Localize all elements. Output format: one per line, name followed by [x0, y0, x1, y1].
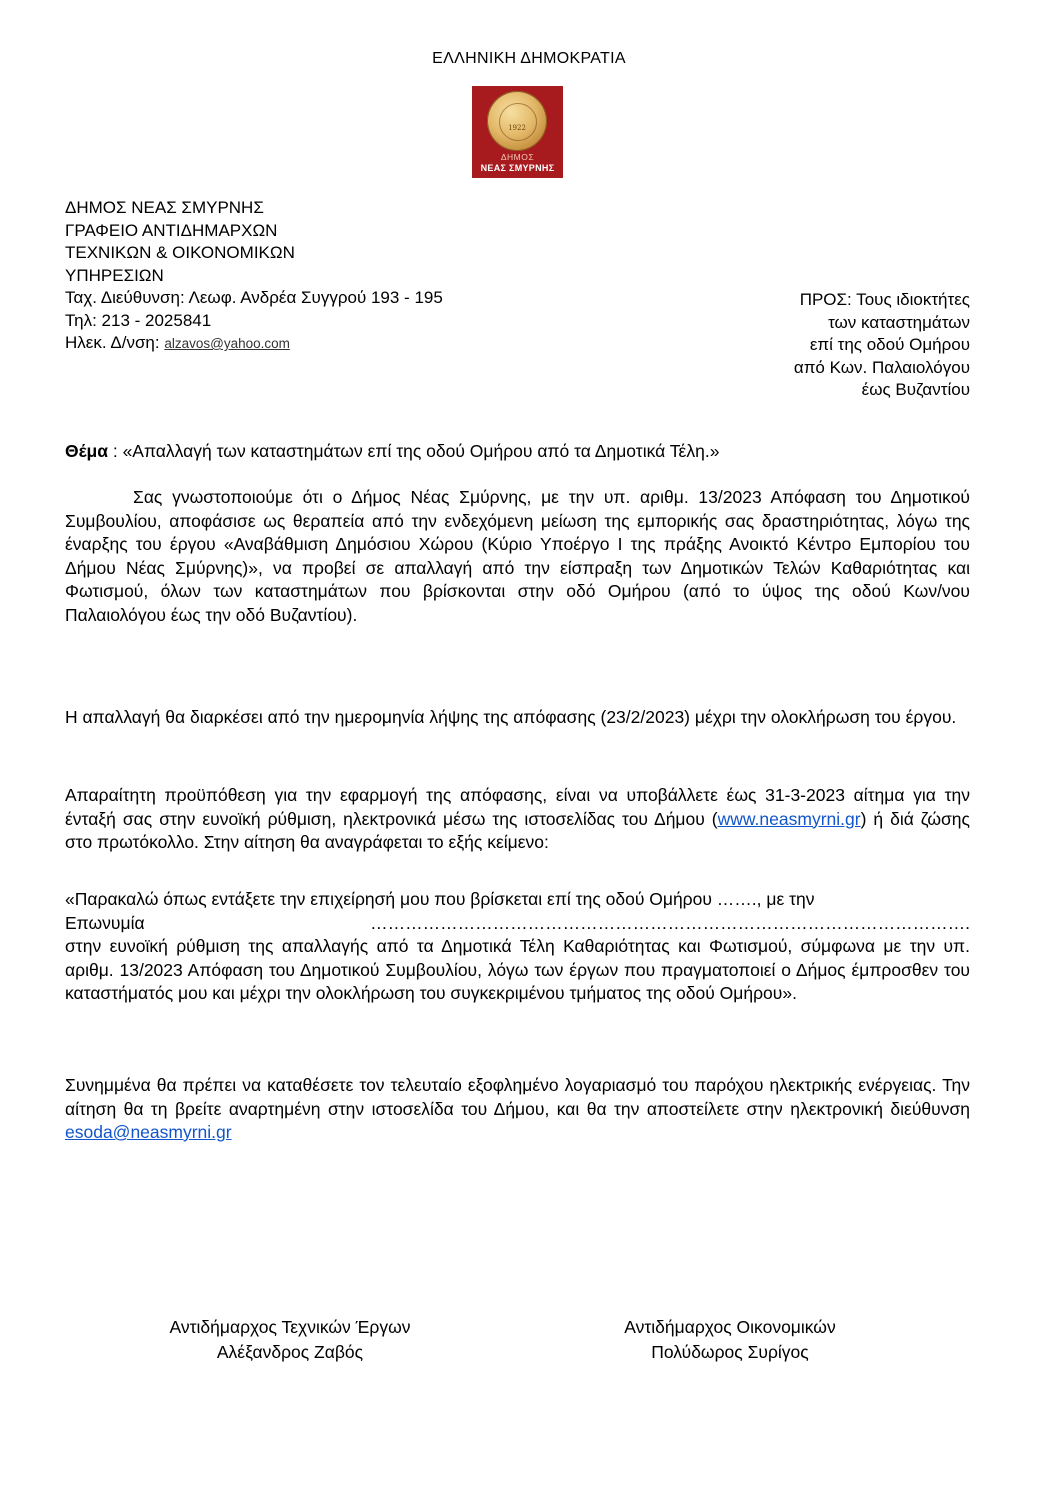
coin-emblem-icon: 1922 — [487, 91, 547, 151]
sender-line: ΥΠΗΡΕΣΙΩΝ — [65, 265, 443, 288]
signature-title: Αντιδήμαρχος Τεχνικών Έργων — [135, 1315, 445, 1340]
quote-line-1: «Παρακαλώ όπως εντάξετε την επιχείρησή μ… — [65, 888, 970, 912]
business-name-blank: …………………………………………………………………………………………. — [370, 912, 970, 936]
website-link[interactable]: www.neasmyrni.gr — [718, 809, 861, 829]
subject-label: Θέμα — [65, 441, 108, 461]
sender-email-label: Ηλεκ. Δ/νση: — [65, 333, 164, 352]
sender-line: ΔΗΜΟΣ ΝΕΑΣ ΣΜΥΡΝΗΣ — [65, 197, 443, 220]
sender-block: ΔΗΜΟΣ ΝΕΑΣ ΣΜΥΡΝΗΣ ΓΡΑΦΕΙΟ ΑΝΤΙΔΗΜΑΡΧΩΝ … — [65, 197, 443, 356]
signature-name: Πολύδωρος Συρίγος — [585, 1340, 875, 1365]
quote-line-2: Επωνυμία …………………………………………………………………………………… — [65, 912, 970, 936]
body-paragraph-2: Η απαλλαγή θα διαρκέσει από την ημερομην… — [65, 706, 970, 730]
sender-line: ΓΡΑΦΕΙΟ ΑΝΤΙΔΗΜΑΡΧΩΝ — [65, 220, 443, 243]
recipient-block: ΠΡΟΣ: Τους ιδιοκτήτες των καταστημάτων ε… — [794, 289, 970, 402]
recipient-line: ΠΡΟΣ: Τους ιδιοκτήτες — [794, 289, 970, 312]
signature-right: Αντιδήμαρχος Οικονομικών Πολύδωρος Συρίγ… — [585, 1315, 875, 1365]
coin-year: 1922 — [487, 124, 547, 132]
subject-text: : «Απαλλαγή των καταστημάτων επί της οδο… — [108, 441, 719, 461]
country-heading: ΕΛΛΗΝΙΚΗ ΔΗΜΟΚΡΑΤΙΑ — [0, 50, 1058, 68]
recipient-line: επί της οδού Ομήρου — [794, 334, 970, 357]
sender-email-link[interactable]: alzavos@yahoo.com — [164, 336, 290, 351]
business-name-label: Επωνυμία — [65, 912, 145, 936]
signature-left: Αντιδήμαρχος Τεχνικών Έργων Αλέξανδρος Ζ… — [135, 1315, 445, 1365]
sender-line: ΤΕΧΝΙΚΩΝ & ΟΙΚΟΝΟΜΙΚΩΝ — [65, 242, 443, 265]
quote-rest: στην ευνοϊκή ρύθμιση της απαλλαγής από τ… — [65, 935, 970, 1006]
coin-inner-ring — [499, 103, 537, 141]
submission-email-link[interactable]: esoda@neasmyrni.gr — [65, 1122, 232, 1142]
body-paragraph-1: Σας γνωστοποιούμε ότι ο Δήμος Νέας Σμύρν… — [65, 486, 970, 627]
signature-name: Αλέξανδρος Ζαβός — [135, 1340, 445, 1365]
body-paragraph-5: Συνημμένα θα πρέπει να καταθέσετε τον τε… — [65, 1074, 970, 1145]
body-paragraph-3: Απαραίτητη προϋπόθεση για την εφαρμογή τ… — [65, 784, 970, 855]
recipient-line: έως Βυζαντίου — [794, 379, 970, 402]
logo-line-2: ΝΕΑΣ ΣΜΥΡΝΗΣ — [472, 163, 563, 173]
signature-title: Αντιδήμαρχος Οικονομικών — [585, 1315, 875, 1340]
subject-line: Θέμα : «Απαλλαγή των καταστημάτων επί τη… — [65, 441, 719, 462]
paragraph-5-text: Συνημμένα θα πρέπει να καταθέσετε τον τε… — [65, 1075, 970, 1119]
application-text-quote: «Παρακαλώ όπως εντάξετε την επιχείρησή μ… — [65, 888, 970, 1006]
logo-line-1: ΔΗΜΟΣ — [472, 152, 563, 162]
recipient-line: των καταστημάτων — [794, 312, 970, 335]
sender-email-row: Ηλεκ. Δ/νση: alzavos@yahoo.com — [65, 332, 443, 356]
recipient-line: από Κων. Παλαιολόγου — [794, 357, 970, 380]
municipality-logo: 1922 ΔΗΜΟΣ ΝΕΑΣ ΣΜΥΡΝΗΣ — [472, 86, 563, 178]
sender-address: Ταχ. Διεύθυνση: Λεωφ. Ανδρέα Συγγρού 193… — [65, 287, 443, 310]
paragraph-1-text: Σας γνωστοποιούμε ότι ο Δήμος Νέας Σμύρν… — [65, 487, 970, 625]
sender-phone: Τηλ: 213 - 2025841 — [65, 310, 443, 333]
